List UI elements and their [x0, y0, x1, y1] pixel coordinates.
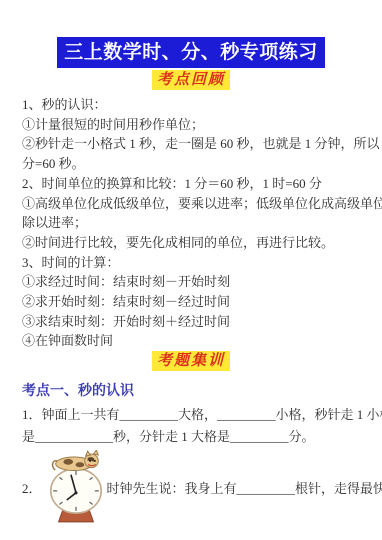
review-section-badge: 考点回顾: [152, 70, 230, 90]
training-section: 考点一、秒的认识 1．钟面上一共有_________大格，_________小格…: [22, 383, 364, 524]
review-line: 2、时间单位的换算和比较：1 分＝60 秒，1 时=60 分: [22, 174, 364, 194]
title-bar-wrap: 三上数学时、分、秒专项练习: [0, 0, 382, 68]
worksheet-page: 三上数学时、分、秒专项练习 考点回顾 1、秒的认识： ①计量很短的时间用秒作单位…: [0, 0, 382, 540]
page-title: 三上数学时、分、秒专项练习: [57, 37, 325, 68]
question-1-line-2: 是____________秒，分针走 1 大格是_________分。: [22, 426, 364, 448]
review-line: 分=60 秒。: [22, 154, 364, 174]
question-1: 1．钟面上一共有_________大格，_________小格，秒针走 1 小格…: [22, 404, 364, 448]
review-badge-wrap: 考点回顾: [0, 70, 382, 90]
review-line: ③求结束时刻：开始时刻＋经过时间: [22, 312, 364, 332]
review-line: 3、时间的计算：: [22, 253, 364, 273]
training-section-badge: 考题集训: [152, 351, 230, 371]
review-line: 1、秒的认识：: [22, 95, 364, 115]
training-badge-wrap: 考题集训: [0, 351, 382, 371]
question-2-number: 2．: [22, 478, 42, 497]
question-2: 2．: [22, 450, 364, 524]
section-title-topic1: 考点一、秒的认识: [22, 383, 364, 401]
review-line: 除以进率；: [22, 213, 364, 233]
review-line: ①计量很短的时间用秒作单位；: [22, 115, 364, 135]
review-line: ②时间进行比较，要先化成相同的单位，再进行比较。: [22, 233, 364, 253]
question-2-text: 时钟先生说：我身上有_________根针，走得最快的: [107, 478, 382, 497]
review-line: ④在钟面数时间: [22, 331, 364, 351]
cat-alarm-clock-icon: [45, 450, 107, 524]
review-line: ②求开始时刻：结束时刻－经过时间: [22, 292, 364, 312]
review-line: ①求经过时间：结束时刻－开始时刻: [22, 272, 364, 292]
review-line: ②秒针走一小格式 1 秒，走一圈是 60 秒，也就是 1 分钟，所以 1: [22, 134, 364, 154]
question-1-line-1: 1．钟面上一共有_________大格，_________小格，秒针走 1 小格: [22, 404, 364, 426]
review-section: 1、秒的认识： ①计量很短的时间用秒作单位； ②秒针走一小格式 1 秒，走一圈是…: [22, 95, 364, 351]
review-line: ①高级单位化成低级单位，要乘以进率；低级单位化成高级单位要: [22, 194, 364, 214]
